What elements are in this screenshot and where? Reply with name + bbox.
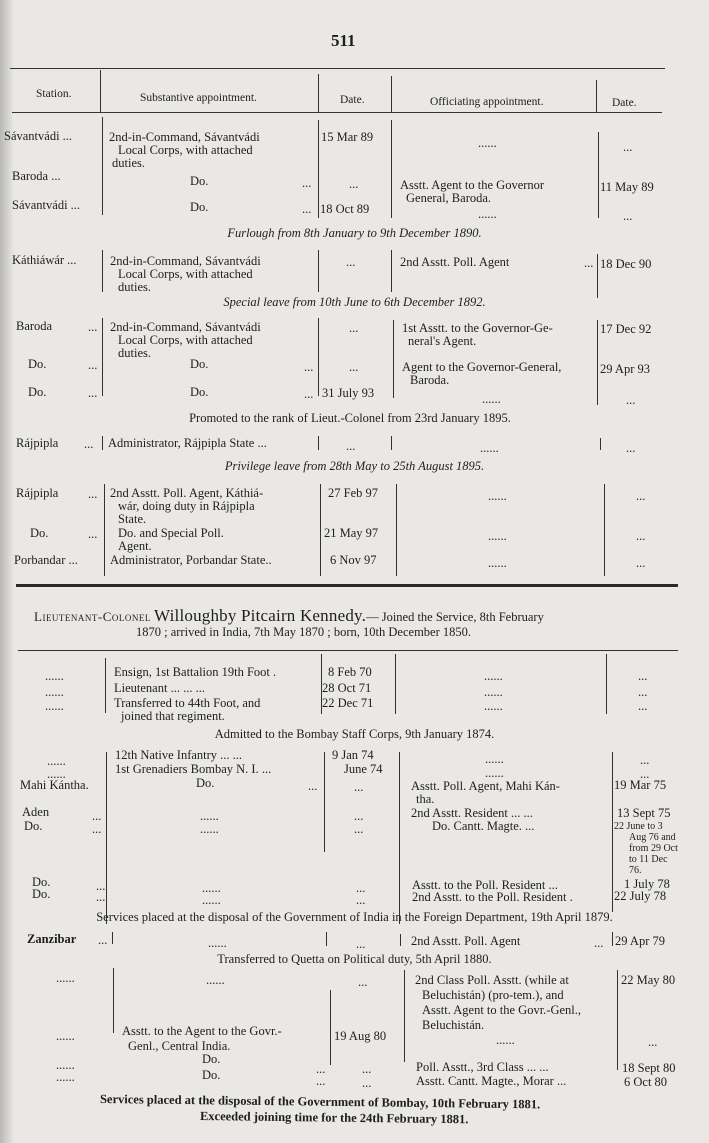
header-col-divider bbox=[100, 70, 101, 112]
station-cell: ...... bbox=[45, 686, 64, 699]
date2-cell: ... bbox=[638, 700, 647, 713]
officer-rule bbox=[18, 650, 678, 651]
date-cell: 27 Feb 97 bbox=[328, 487, 378, 500]
date-cell: ... bbox=[346, 440, 355, 453]
col-divider bbox=[105, 658, 106, 713]
substantive-dots: ... bbox=[308, 780, 317, 793]
substantive-cell: ...... bbox=[206, 974, 225, 987]
officiating-cell: ...... bbox=[480, 442, 499, 455]
date-cell: ... bbox=[346, 256, 355, 269]
substantive-cell: Do. bbox=[190, 358, 208, 371]
col-divider bbox=[324, 752, 325, 852]
station-cell: ...... bbox=[45, 670, 64, 683]
officer-heading: Lieutenant-Colonel Willoughby Pitcairn K… bbox=[34, 609, 544, 624]
station-dots: ... bbox=[98, 934, 107, 947]
station-cell: Porbandar ... bbox=[14, 554, 78, 567]
date-cell: ... bbox=[362, 1063, 371, 1076]
note-services-bombay: Services placed at the disposal of the G… bbox=[100, 1093, 540, 1111]
station-cell: Káthiáwár ... bbox=[12, 254, 77, 267]
station-dots: ... bbox=[84, 438, 93, 451]
col-divider bbox=[391, 250, 392, 292]
officiating-cell: ...... bbox=[478, 137, 497, 150]
col-divider bbox=[597, 254, 598, 298]
officiating-cell: 2nd Class Poll. Asstt. (while at bbox=[415, 974, 569, 987]
substantive-dots: ... bbox=[304, 361, 313, 374]
substantive-dots: ... bbox=[302, 203, 311, 216]
header-col-divider bbox=[596, 80, 597, 112]
substantive-cell: Ensign, 1st Battalion 19th Foot . bbox=[114, 666, 276, 679]
col-divider bbox=[395, 654, 396, 714]
station-cell: ...... bbox=[56, 1071, 75, 1084]
col-divider bbox=[617, 970, 618, 1070]
date2-cell: from 29 Oct bbox=[629, 843, 678, 854]
station-dots: ... bbox=[88, 488, 97, 501]
col-divider bbox=[399, 752, 400, 924]
substantive-cell: Administrator, Porbandar State.. bbox=[110, 554, 272, 567]
substantive-dots: ... bbox=[302, 177, 311, 190]
substantive-dots: ... bbox=[316, 1075, 325, 1088]
station-dots: ... bbox=[96, 891, 105, 904]
col-divider bbox=[318, 318, 319, 396]
date-cell: 22 Dec 71 bbox=[322, 697, 373, 710]
date-cell: ... bbox=[349, 361, 358, 374]
col-divider bbox=[612, 752, 613, 912]
header-col-divider bbox=[318, 74, 319, 112]
station-cell: Rájpipla bbox=[16, 487, 58, 500]
substantive-cell: Do. bbox=[190, 175, 208, 188]
date2-cell: ... bbox=[623, 210, 632, 223]
officiating-cell: Do. Cantt. Magte. ... bbox=[432, 820, 534, 833]
header-top-rule bbox=[10, 68, 665, 69]
officiating-cell: 2nd Asstt. Poll. Agent bbox=[411, 935, 520, 948]
col-divider bbox=[112, 932, 113, 944]
substantive-cell: Asstt. to the Agent to the Govr.- bbox=[122, 1025, 282, 1038]
officiating-cell: ...... bbox=[488, 490, 507, 503]
date2-cell: 18 Dec 90 bbox=[600, 258, 651, 271]
officiating-cell: ...... bbox=[496, 1034, 515, 1047]
date-cell: 15 Mar 89 bbox=[321, 131, 373, 144]
substantive-cell: Lieutenant ... ... ... bbox=[114, 682, 205, 695]
date2-cell: ... bbox=[636, 490, 645, 503]
officiating-cell: Baroda. bbox=[410, 374, 449, 387]
col-divider bbox=[318, 250, 319, 292]
officer-bio-line1: — Joined the Service, 8th February bbox=[366, 610, 544, 624]
officiating-cell: ...... bbox=[485, 753, 504, 766]
date2-cell: to 11 Dec bbox=[629, 854, 668, 865]
date2-cell: ... bbox=[623, 141, 632, 154]
col-divider bbox=[102, 250, 103, 292]
officiating-cell: ...... bbox=[484, 700, 503, 713]
station-dots: ... bbox=[88, 387, 97, 400]
date-cell: ... bbox=[356, 938, 365, 951]
col-divider bbox=[604, 484, 605, 576]
date2-cell: ... bbox=[648, 1036, 657, 1049]
col-divider bbox=[606, 654, 607, 714]
station-cell: ...... bbox=[56, 1030, 75, 1043]
substantive-dots: ... bbox=[304, 388, 313, 401]
col-divider bbox=[104, 484, 105, 576]
date-cell: 31 July 93 bbox=[322, 387, 374, 400]
officer-name: Willoughby Pitcairn Kennedy. bbox=[154, 606, 366, 625]
date2-cell: ... bbox=[636, 530, 645, 543]
officiating-cell: ...... bbox=[488, 557, 507, 570]
header-bottom-rule bbox=[12, 112, 662, 113]
date2-cell: 29 Apr 93 bbox=[600, 363, 650, 376]
header-date-2: Date. bbox=[612, 97, 637, 110]
officiating-cell: Poll. Asstt., 3rd Class ... ... bbox=[416, 1061, 549, 1074]
station-cell: Zanzibar bbox=[27, 933, 76, 946]
date-cell: 6 Nov 97 bbox=[330, 554, 377, 567]
officiating-cell: General, Baroda. bbox=[406, 192, 491, 205]
station-cell: Rájpipla bbox=[16, 437, 58, 450]
date2-cell: ... bbox=[638, 686, 647, 699]
header-col-divider bbox=[391, 76, 392, 112]
substantive-cell: State. bbox=[118, 513, 146, 526]
officiating-dots: ... bbox=[584, 257, 593, 270]
date2-cell: ... bbox=[626, 394, 635, 407]
station-cell: ...... bbox=[45, 700, 64, 713]
note-furlough: Furlough from 8th January to 9th Decembe… bbox=[0, 227, 709, 240]
date2-cell: ... bbox=[640, 754, 649, 767]
note-services-india: Services placed at the disposal of the G… bbox=[0, 911, 709, 924]
date2-cell: 22 May 80 bbox=[621, 974, 675, 987]
officer-rank: Lieutenant-Colonel bbox=[34, 609, 151, 624]
col-divider bbox=[318, 120, 319, 218]
header-officiating: Officiating appointment. bbox=[430, 96, 543, 109]
substantive-cell: 12th Native Infantry ... ... bbox=[115, 749, 242, 762]
date2-cell: 29 Apr 79 bbox=[615, 935, 665, 948]
col-divider bbox=[391, 436, 392, 450]
officiating-cell: ...... bbox=[484, 686, 503, 699]
substantive-cell: joined that regiment. bbox=[121, 710, 225, 723]
note-promoted: Promoted to the rank of Lieut.-Colonel f… bbox=[0, 412, 700, 425]
substantive-cell: Do. bbox=[196, 777, 214, 790]
station-cell: Mahi Kántha. bbox=[20, 779, 89, 792]
date2-cell: ... bbox=[638, 670, 647, 683]
date2-cell: 22 June to 3 bbox=[614, 821, 663, 832]
officiating-cell: ...... bbox=[488, 530, 507, 543]
officiating-cell: Asstt. Agent to the Govr.-Genl., bbox=[422, 1004, 581, 1017]
date2-cell: 6 Oct 80 bbox=[624, 1076, 667, 1089]
note-special-leave: Special leave from 10th June to 6th Dece… bbox=[0, 296, 709, 309]
date-cell: ... bbox=[358, 976, 367, 989]
note-exceeded-joining: Exceeded joining time for the 24th Febru… bbox=[200, 1110, 469, 1126]
officiating-cell: Beluchistán. bbox=[422, 1019, 484, 1032]
note-privilege-leave: Privilege leave from 28th May to 25th Au… bbox=[0, 460, 709, 473]
col-divider bbox=[318, 436, 319, 450]
officer-bio-line2: 1870 ; arrived in India, 7th May 1870 ; … bbox=[136, 626, 471, 639]
substantive-cell: Do. bbox=[202, 1053, 220, 1066]
substantive-cell: Administrator, Rájpipla State ... bbox=[108, 437, 267, 450]
substantive-cell: duties. bbox=[112, 157, 145, 170]
officiating-cell: ...... bbox=[484, 670, 503, 683]
substantive-cell: ...... bbox=[208, 937, 227, 950]
station-dots: ... bbox=[88, 359, 97, 372]
station-dots: ... bbox=[92, 823, 101, 836]
col-divider bbox=[326, 932, 327, 946]
officiating-cell: 2nd Asstt. to the Poll. Resident . bbox=[412, 891, 573, 904]
officiating-cell: neral's Agent. bbox=[408, 335, 476, 348]
officiating-cell: tha. bbox=[416, 793, 434, 806]
date2-cell: ... bbox=[636, 557, 645, 570]
date2-cell: Aug 76 and bbox=[629, 832, 676, 843]
col-divider bbox=[102, 318, 103, 396]
station-cell: Do. bbox=[24, 820, 42, 833]
note-quetta: Transferred to Quetta on Political duty,… bbox=[0, 953, 709, 966]
col-divider bbox=[106, 752, 107, 924]
col-divider bbox=[391, 120, 392, 218]
date2-cell: 11 May 89 bbox=[600, 181, 654, 194]
substantive-cell: Do. bbox=[190, 386, 208, 399]
col-divider bbox=[597, 320, 598, 405]
page-number: 511 bbox=[331, 34, 356, 47]
col-divider bbox=[612, 932, 613, 946]
date2-cell: 13 Sept 75 bbox=[617, 807, 670, 820]
header-date: Date. bbox=[340, 94, 365, 107]
officiating-cell: Beluchistán) (pro-tem.), and bbox=[422, 989, 564, 1002]
substantive-cell: Do. bbox=[202, 1069, 220, 1082]
substantive-cell: ...... bbox=[202, 894, 221, 907]
header-station: Station. bbox=[36, 88, 71, 101]
station-cell: Do. bbox=[30, 527, 48, 540]
officiating-cell: Asstt. Cantt. Magte., Morar ... bbox=[416, 1075, 566, 1088]
date-cell: ... bbox=[349, 178, 358, 191]
col-divider bbox=[598, 132, 599, 218]
substantive-cell: Agent. bbox=[118, 540, 152, 553]
col-divider bbox=[396, 484, 397, 576]
col-divider bbox=[330, 990, 331, 1065]
col-divider bbox=[320, 484, 321, 576]
officiating-cell: ...... bbox=[478, 208, 497, 221]
station-cell: Baroda bbox=[16, 320, 52, 333]
station-cell: Sávantvádi ... bbox=[12, 199, 80, 212]
station-cell: Do. bbox=[28, 386, 46, 399]
date-cell: 19 Aug 80 bbox=[334, 1030, 386, 1043]
col-divider bbox=[102, 117, 103, 215]
header-substantive: Substantive appointment. bbox=[140, 92, 257, 105]
station-cell: Aden bbox=[22, 806, 49, 819]
station-cell: Do. bbox=[28, 358, 46, 371]
date-cell: ... bbox=[354, 781, 363, 794]
col-divider bbox=[113, 968, 114, 1033]
note-admitted: Admitted to the Bombay Staff Corps, 9th … bbox=[0, 728, 709, 741]
substantive-cell: ...... bbox=[200, 823, 219, 836]
date2-cell: 22 July 78 bbox=[614, 890, 666, 903]
col-divider bbox=[102, 436, 103, 450]
date-cell: ... bbox=[349, 322, 358, 335]
date-cell: 8 Feb 70 bbox=[328, 666, 372, 679]
station-cell: Do. bbox=[32, 888, 50, 901]
date-cell: 28 Oct 71 bbox=[322, 682, 371, 695]
date2-cell: 76. bbox=[629, 865, 642, 876]
col-divider bbox=[600, 438, 601, 450]
date2-cell: 18 Sept 80 bbox=[622, 1062, 675, 1075]
col-divider bbox=[393, 320, 394, 398]
station-cell: ...... bbox=[56, 972, 75, 985]
station-cell: Baroda ... bbox=[12, 170, 61, 183]
date-cell: June 74 bbox=[344, 763, 383, 776]
station-dots: ... bbox=[88, 321, 97, 334]
substantive-cell: Do. bbox=[190, 201, 208, 214]
station-cell: Sávantvádi ... bbox=[4, 130, 72, 143]
date-cell: 9 Jan 74 bbox=[332, 749, 374, 762]
col-divider bbox=[400, 934, 401, 946]
date-cell: ... bbox=[362, 1077, 371, 1090]
officiating-dots: ... bbox=[594, 937, 603, 950]
substantive-cell: duties. bbox=[118, 281, 151, 294]
date2-cell: 19 Mar 75 bbox=[614, 779, 666, 792]
substantive-cell: duties. bbox=[118, 347, 151, 360]
substantive-cell: 1st Grenadiers Bombay N. I. ... bbox=[115, 763, 271, 776]
station-dots: ... bbox=[88, 528, 97, 541]
col-divider bbox=[404, 970, 405, 1062]
date-cell: ... bbox=[354, 823, 363, 836]
officiating-cell: 2nd Asstt. Poll. Agent bbox=[400, 256, 509, 269]
section-separator-rule bbox=[16, 584, 678, 587]
date2-cell: ... bbox=[626, 442, 635, 455]
officiating-cell: ...... bbox=[482, 393, 501, 406]
date2-cell: 17 Dec 92 bbox=[600, 323, 651, 336]
date-cell: 21 May 97 bbox=[324, 527, 378, 540]
date-cell: 18 Oct 89 bbox=[320, 203, 369, 216]
date-cell: ... bbox=[356, 894, 365, 907]
